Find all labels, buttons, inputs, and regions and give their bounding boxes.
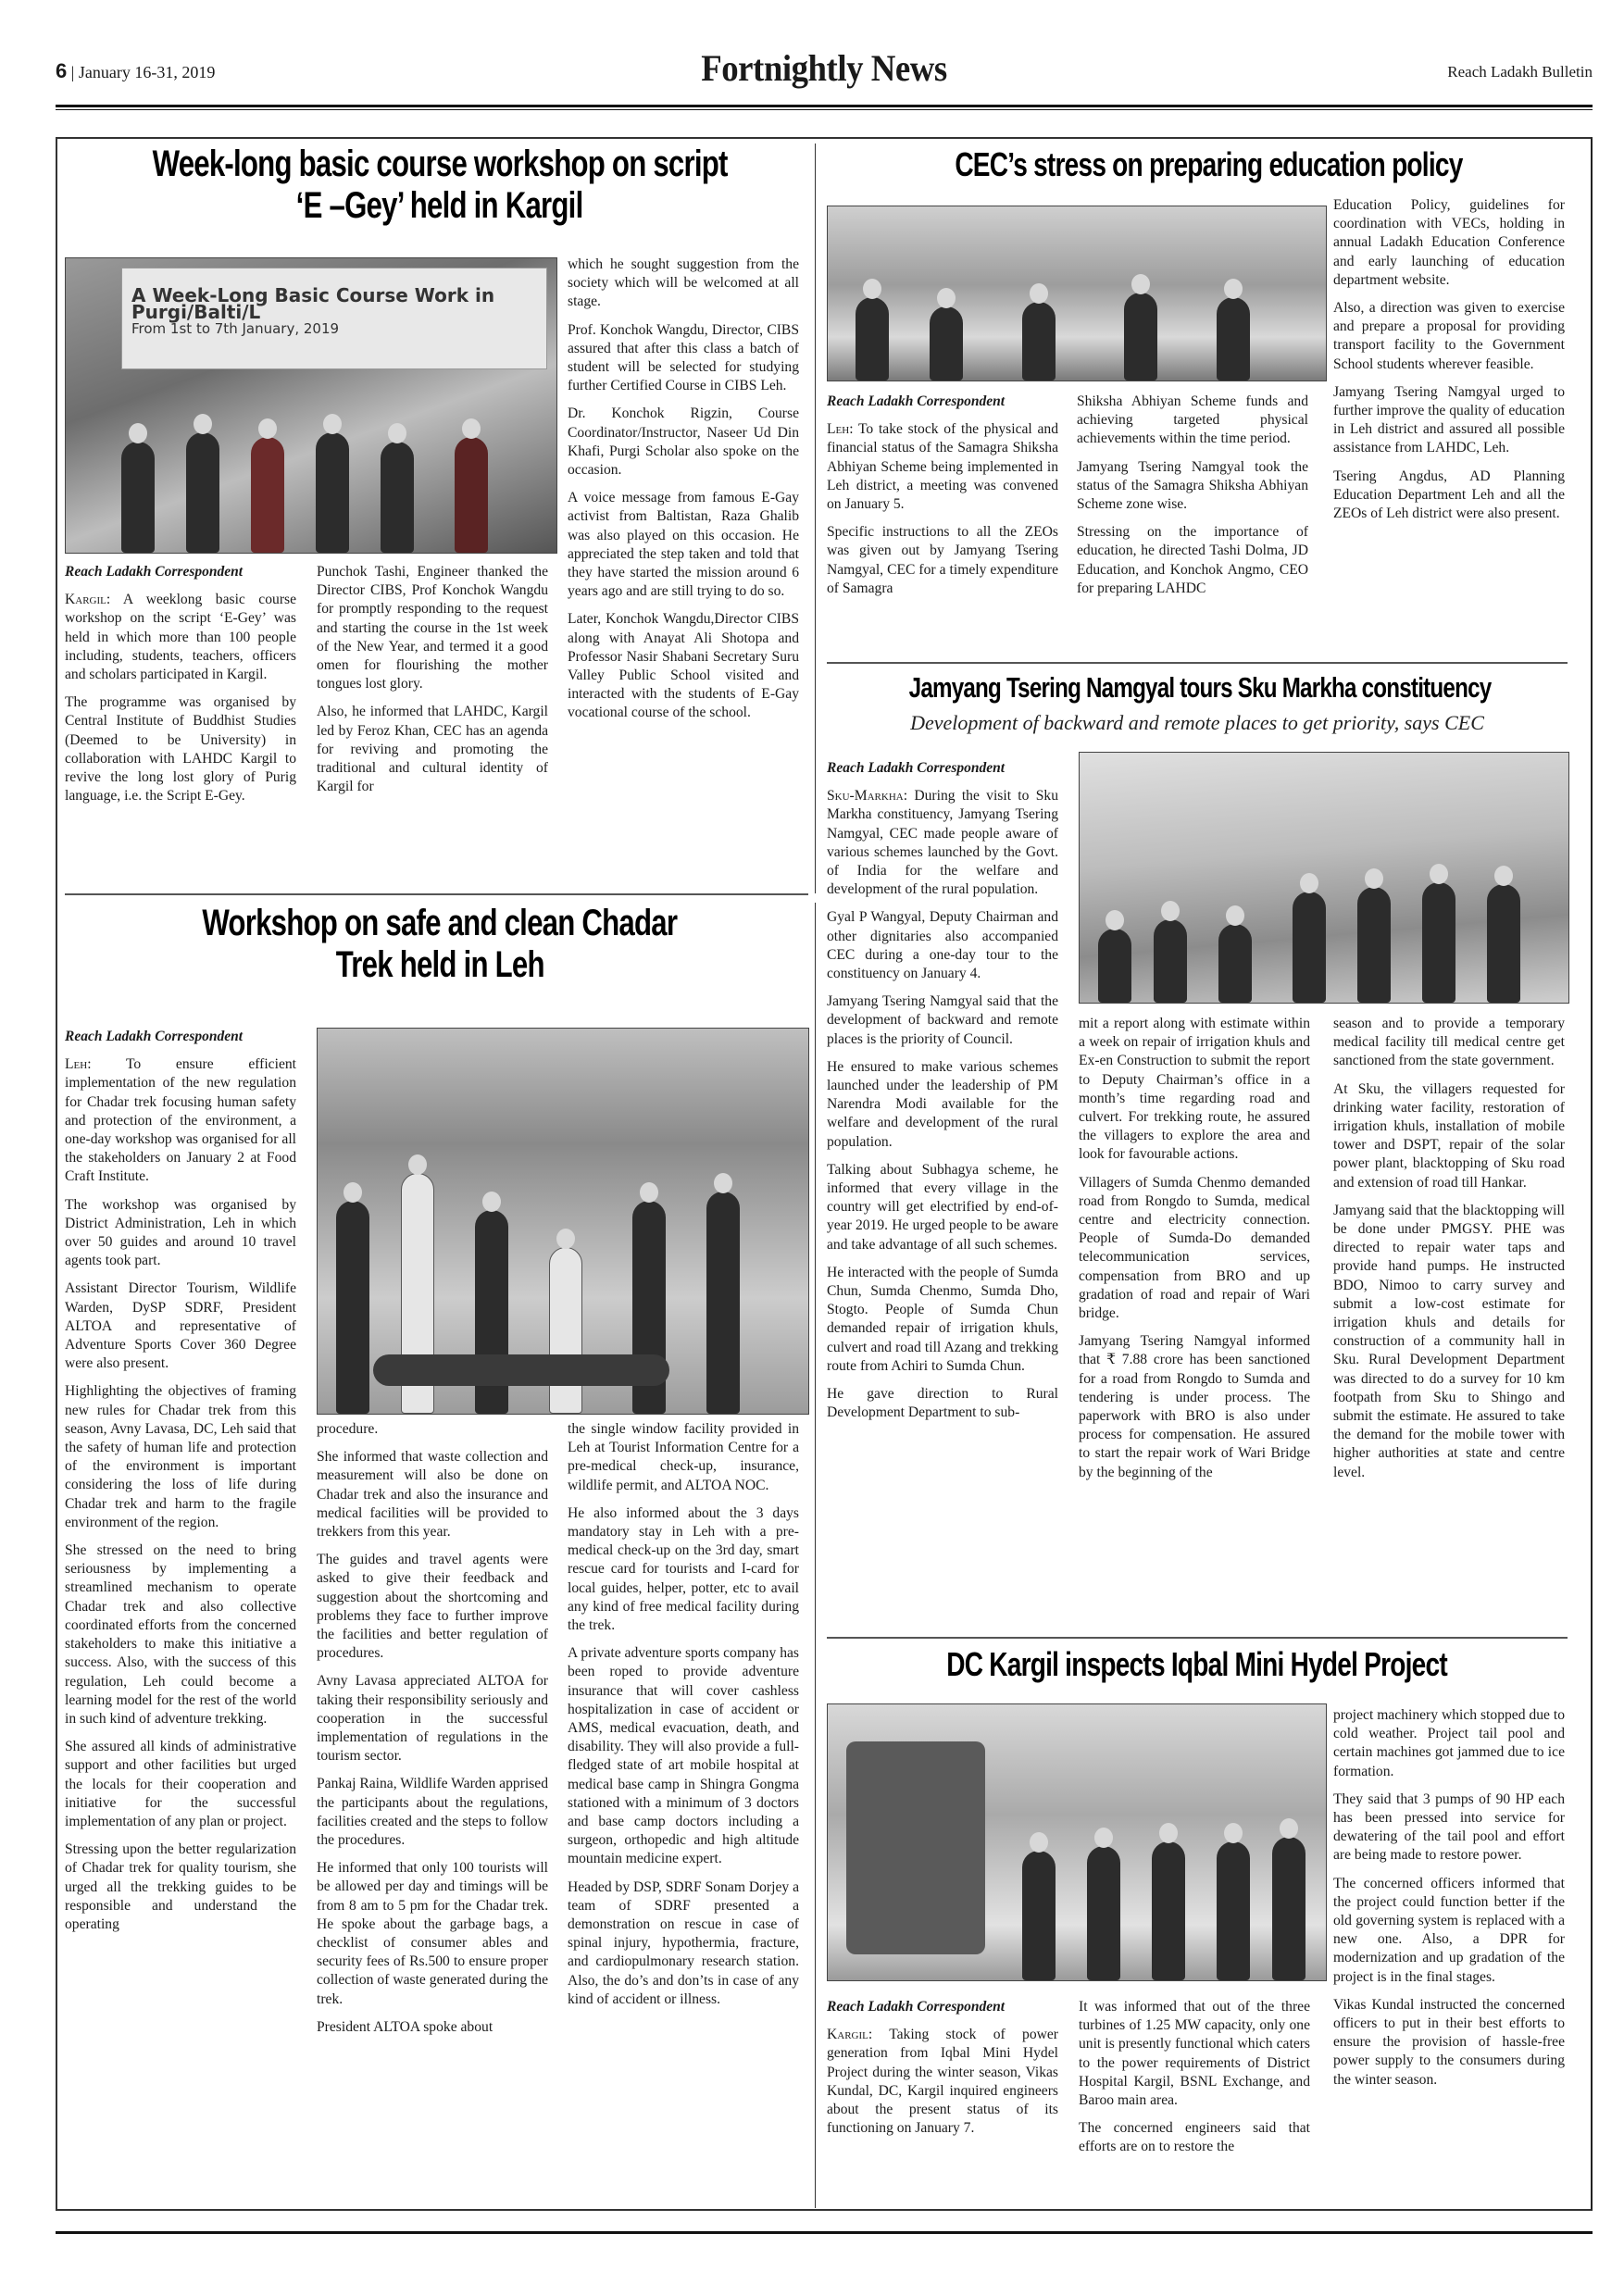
page-number: 6 <box>56 59 67 82</box>
photo-hydel-inspection <box>827 1703 1327 1981</box>
masthead: 6 | January 16-31, 2019 Fortnightly News… <box>56 46 1593 102</box>
sku-column-3: season and to provide a temporary medica… <box>1333 1015 1565 1491</box>
cec-column-2: Shiksha Abhiyan Scheme funds and achievi… <box>1077 393 1308 607</box>
cec-column-1: Reach Ladakh Correspondent Leh: To take … <box>827 393 1058 607</box>
chadar-column-1: Reach Ladakh Correspondent Leh: To ensur… <box>65 1028 296 1943</box>
villager-crowd <box>1080 866 1568 1004</box>
egey-column-3: which he sought suggestion from the soci… <box>568 256 799 732</box>
photo-banner: A Week-Long Basic Course Work in Purgi/B… <box>121 268 547 369</box>
photo-meeting <box>827 206 1327 381</box>
hydel-column-2: It was informed that out of the three tu… <box>1079 1998 1310 2166</box>
section-title: Fortnightly News <box>117 46 1530 90</box>
hydel-column-3: project machinery which stopped due to c… <box>1333 1706 1565 2099</box>
chadar-column-2: procedure. She informed that waste colle… <box>317 1420 548 2046</box>
officials-group <box>828 1828 1326 1980</box>
publication-name: Reach Ladakh Bulletin <box>1447 63 1593 81</box>
patient-figure <box>373 1354 669 1386</box>
article-divider <box>827 1637 1568 1639</box>
article-divider <box>827 662 1568 664</box>
cec-column-3: Education Policy, guidelines for coordin… <box>1333 196 1565 532</box>
egey-column-2: Punchok Tashi, Engineer thanked the Dire… <box>317 563 548 805</box>
chadar-column-3: the single window facility provided in L… <box>568 1420 799 2018</box>
footer-rule <box>56 2231 1593 2234</box>
headline-egey: Week-long basic course workshop on scrip… <box>69 143 810 227</box>
sku-column-1: Reach Ladakh Correspondent Sku-Markha: D… <box>827 759 1058 1432</box>
sku-column-2: mit a report along with estimate within … <box>1079 1015 1310 1491</box>
photo-rescue-demo <box>317 1028 809 1415</box>
headline-sku-markha: Jamyang Tsering Namgyal tours Sku Markha… <box>827 672 1568 705</box>
people-silhouettes <box>66 391 556 553</box>
byline: Reach Ladakh Correspondent <box>65 563 296 581</box>
column-divider <box>815 143 816 893</box>
hydel-column-1: Reach Ladakh Correspondent Kargil: Takin… <box>827 1998 1058 2147</box>
meeting-participants <box>828 285 1326 381</box>
masthead-rule <box>56 105 1593 110</box>
crowd-and-rescuers <box>318 1105 808 1414</box>
headline-cec: CEC’s stress on preparing education poli… <box>829 146 1588 183</box>
headline-chadar: Workshop on safe and clean Chadar Trek h… <box>69 903 810 986</box>
egey-column-1: Reach Ladakh Correspondent Kargil: A wee… <box>65 563 296 815</box>
article-divider <box>65 893 808 895</box>
headline-hydel: DC Kargil inspects Iqbal Mini Hydel Proj… <box>827 1646 1568 1683</box>
photo-villagers <box>1079 752 1569 1004</box>
photo-workshop: A Week-Long Basic Course Work in Purgi/B… <box>65 257 557 554</box>
column-divider <box>815 903 816 2208</box>
subheadline-sku-markha: Development of backward and remote place… <box>827 711 1568 735</box>
